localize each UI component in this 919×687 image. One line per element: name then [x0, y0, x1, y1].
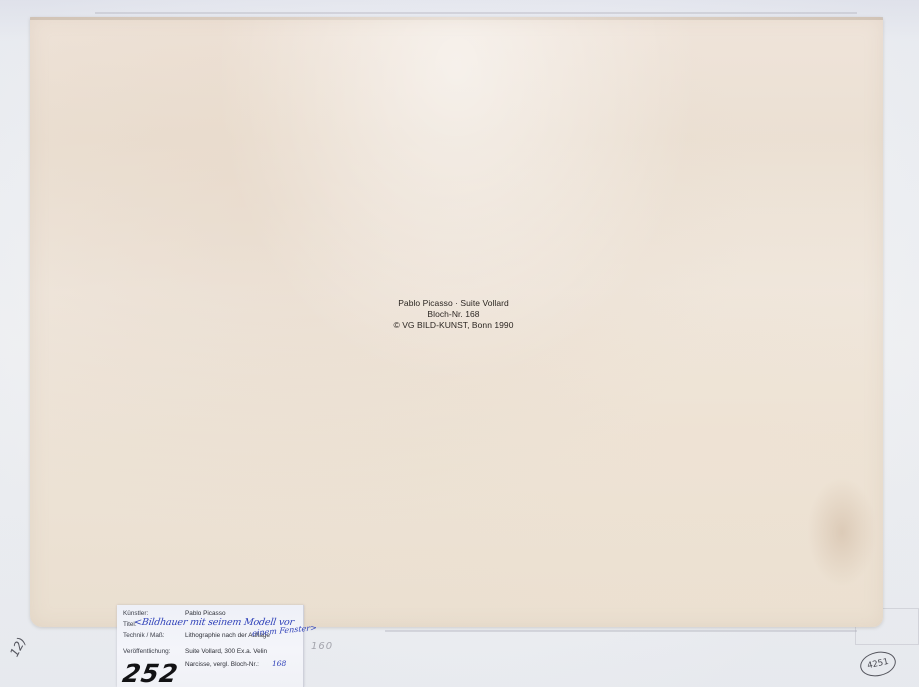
label-key: Künstler: — [123, 610, 148, 617]
pencil-mark-circled-number: 4251 — [858, 649, 898, 680]
stamp-bloch-number: Bloch-Nr. 168 — [0, 309, 919, 320]
back-stamp: Pablo Picasso · Suite Vollard Bloch-Nr. … — [0, 298, 919, 331]
label-key: Veröffentlichung: — [123, 648, 171, 655]
label-value: Narcisse, vergl. Bloch-Nr.: — [185, 661, 259, 668]
paper-stain — [807, 477, 877, 587]
label-value: Pablo Picasso — [185, 610, 226, 617]
handwritten-inventory-number: 252 — [120, 659, 180, 687]
paper-top-edge — [30, 17, 883, 20]
pencil-mark-middle: 160 — [311, 641, 333, 652]
catalog-label: Künstler: Pablo Picasso Titel: Technik /… — [117, 605, 304, 687]
label-key: Technik / Maß: — [123, 632, 165, 639]
mount-outline-bottom — [385, 630, 857, 632]
mount-outline-top — [95, 12, 857, 14]
pencil-mark-left: 12) — [7, 635, 29, 659]
label-value: Suite Vollard, 300 Ex.a. Velin — [185, 648, 267, 655]
handwritten-bloch-number: 168 — [272, 659, 286, 668]
stamp-artist-suite: Pablo Picasso · Suite Vollard — [0, 298, 919, 309]
stamp-copyright: © VG BILD-KUNST, Bonn 1990 — [0, 320, 919, 331]
